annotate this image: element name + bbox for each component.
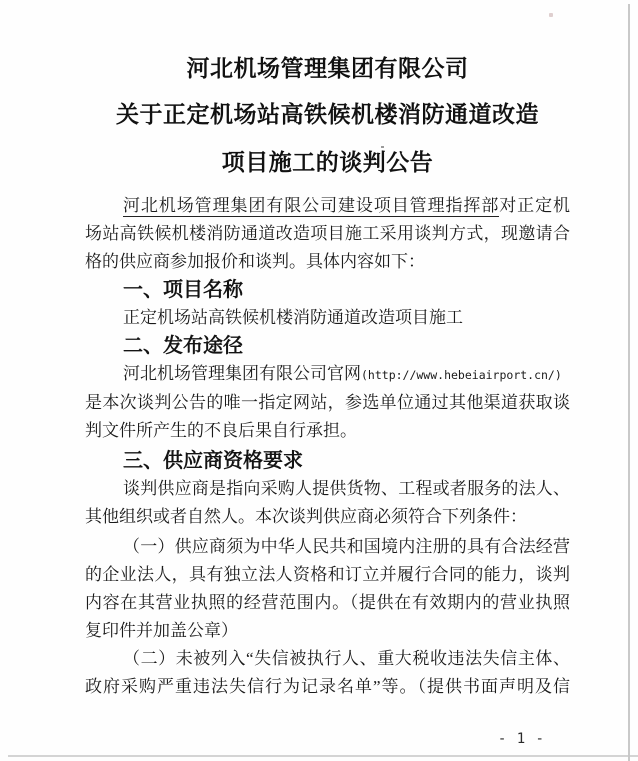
scan-speck: [549, 13, 553, 17]
official-website-label: 河北机场管理集团有限公司官网: [123, 364, 361, 383]
scanned-document-page: 河北机场管理集团有限公司 关于正定机场站高铁候机楼消防通道改造 项目施工的谈判公…: [0, 0, 638, 761]
document-title-line-3: 项目施工的谈判公告: [85, 146, 570, 180]
document-title-line-2: 关于正定机场站高铁候机楼消防通道改造: [85, 98, 570, 132]
section3-heading: 三、供应商资格要求: [85, 447, 570, 475]
scan-right-edge-line: [628, 4, 630, 761]
qualification-item2-line-2: 政府采购严重违法失信行为记录名单”等。（提供书面声明及信: [85, 673, 570, 701]
qualification-item1-line-3: 内容在其营业执照的经营范围内。（提供在有效期内的营业执照: [85, 589, 570, 617]
section3-body-line-1: 谈判供应商是指向采购人提供货物、工程或者服务的法人、: [85, 475, 570, 503]
underlined-org-name: 河北机场管理集团有限公司建设项目管理指挥部: [123, 196, 499, 217]
document-title-line-1: 河北机场管理集团有限公司: [85, 52, 570, 86]
section2-body-line-1: 河北机场管理集团有限公司官网(http://www.hebeiairport.c…: [85, 360, 570, 389]
qualification-item2-line-1: （二）未被列入“失信被执行人、重大税收违法失信主体、: [85, 645, 570, 673]
qualification-item1-line-1: （一）供应商须为中华人民共和国境内注册的具有合法经营: [85, 533, 570, 561]
intro-line-3: 格的供应商参加报价和谈判。具体内容如下：: [85, 248, 570, 276]
section3-body-line-2: 其他组织或者自然人。本次谈判供应商必须符合下列条件：: [85, 503, 570, 531]
qualification-item1-line-2: 的企业法人，具有独立法人资格和订立并履行合同的能力，谈判: [85, 561, 570, 589]
section2-body-line-2: 是本次谈判公告的唯一指定网站，参选单位通过其他渠道获取谈: [85, 389, 570, 417]
section2-heading: 二、发布途径: [85, 332, 570, 360]
section2-body-line-3: 判文件所产生的不良后果自行承担。: [85, 417, 570, 445]
intro-line-1-rest: 对正定机: [499, 196, 570, 215]
document-body: 河北机场管理集团有限公司 关于正定机场站高铁候机楼消防通道改造 项目施工的谈判公…: [85, 52, 570, 701]
scan-bottom-edge-line: [8, 755, 638, 757]
section1-body-line-1: 正定机场站高铁候机楼消防通道改造项目施工: [85, 304, 570, 332]
intro-line-1: 河北机场管理集团有限公司建设项目管理指挥部对正定机: [85, 192, 570, 220]
section1-heading: 一、项目名称: [85, 276, 570, 304]
official-website-url: (http://www.hebeiairport.cn/): [361, 368, 562, 382]
qualification-item1-line-4: 复印件并加盖公章）: [85, 617, 570, 645]
intro-line-2: 场站高铁候机楼消防通道改造项目施工采用谈判方式，现邀请合: [85, 220, 570, 248]
scan-speck: [381, 146, 384, 148]
page-number: - 1 -: [498, 731, 545, 747]
